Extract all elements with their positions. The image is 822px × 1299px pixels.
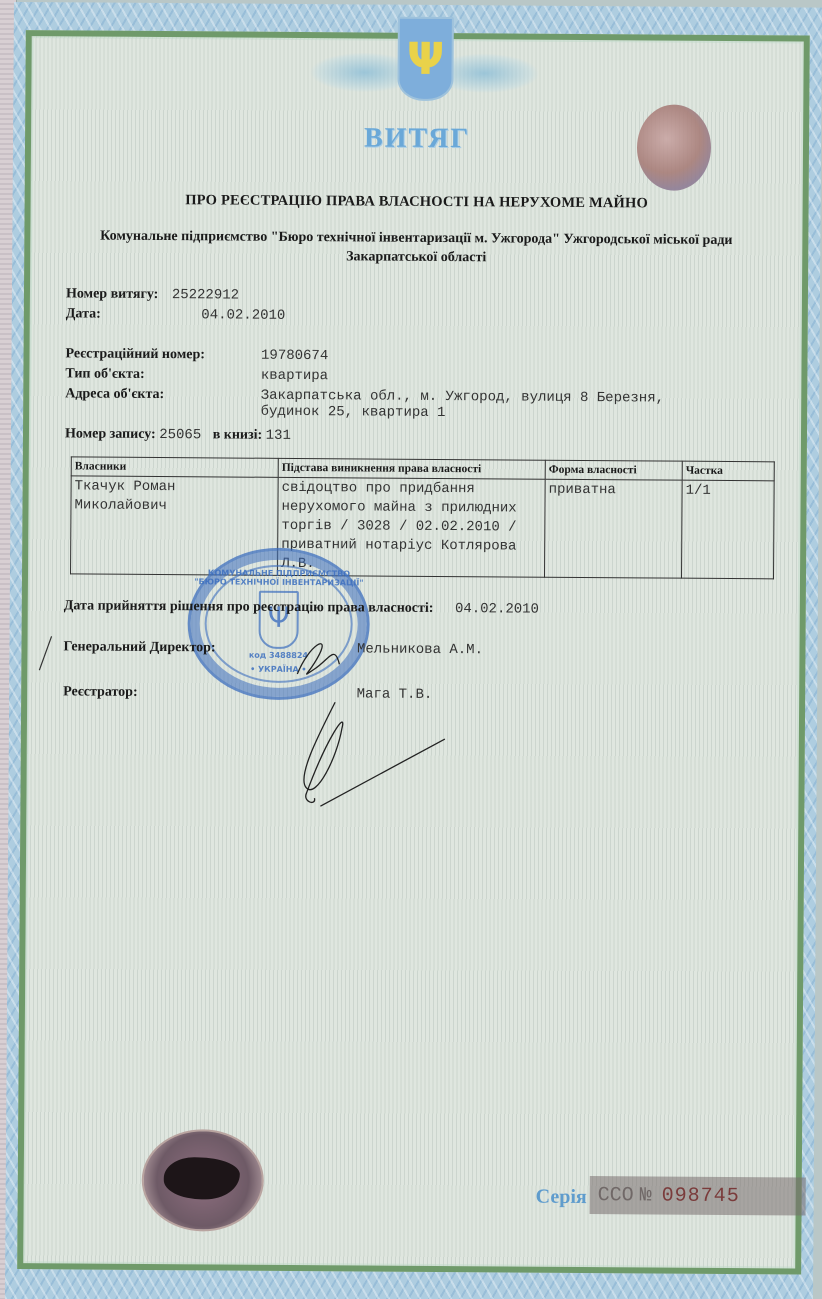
- address-label: Адреса об'єкта:: [65, 386, 257, 403]
- series-label: Серія: [536, 1186, 587, 1209]
- object-type-value: квартира: [261, 368, 328, 384]
- address-line-2: будинок 25, квартира 1: [261, 404, 664, 423]
- header-basis: Підстава виникнення права власності: [278, 458, 545, 479]
- tryzub-coat-of-arms-icon: Ψ: [397, 17, 454, 101]
- margin-mark-icon: [35, 634, 55, 674]
- hologram-seal-icon: [637, 104, 712, 191]
- director-signature-icon: [289, 634, 349, 684]
- date-value: 04.02.2010: [201, 307, 285, 324]
- ukraine-map-seal-icon: [141, 1129, 264, 1232]
- header-owners: Власники: [71, 457, 278, 477]
- certificate-frame: Ψ ВИТЯГ ПРО РЕЄСТРАЦІЮ ПРАВА ВЛАСНОСТІ Н…: [17, 30, 810, 1274]
- document-heading: ПРО РЕЄСТРАЦІЮ ПРАВА ВЛАСНОСТІ НА НЕРУХО…: [31, 191, 803, 213]
- issuing-organization: Комунальне підприємство "Бюро технічної …: [70, 226, 762, 269]
- header-share: Частка: [682, 461, 774, 481]
- director-name: Мельникова А.М.: [357, 641, 483, 658]
- series-code: ССО: [598, 1184, 634, 1207]
- stamp-text-top: КОМУНАЛЬНЕ ПІДПРИЄМСТВО "БЮРО ТЕХНІЧНОЇ …: [191, 568, 367, 587]
- series-number-box: ССО № 098745: [590, 1176, 806, 1216]
- series-number-sign: №: [640, 1184, 652, 1207]
- registration-number-value: 19780674: [261, 348, 328, 364]
- certificate-page: Ψ ВИТЯГ ПРО РЕЄСТРАЦІЮ ПРАВА ВЛАСНОСТІ Н…: [5, 2, 822, 1299]
- object-type-row: Тип об'єкта: квартира: [65, 366, 328, 384]
- decision-date-label: Дата прийняття рішення про реєстрацію пр…: [64, 598, 434, 616]
- header-ownership-form: Форма власності: [545, 460, 682, 480]
- book-label: в книзі:: [213, 427, 263, 442]
- record-number-value: 25065: [159, 427, 201, 443]
- registration-number-label: Реєстраційний номер:: [65, 346, 257, 363]
- extract-number-value: 25222912: [172, 287, 239, 303]
- cell-ownership-form: приватна: [544, 479, 682, 578]
- object-type-label: Тип об'єкта:: [65, 366, 257, 383]
- registration-number-row: Реєстраційний номер: 19780674: [65, 346, 328, 364]
- cell-share: 1/1: [681, 480, 774, 579]
- record-number-row: Номер запису: 25065 в книзі: 131: [65, 426, 291, 444]
- decision-date-row: Дата прийняття рішення про реєстрацію пр…: [64, 598, 539, 617]
- record-number-label: Номер запису:: [65, 426, 156, 442]
- emblem: Ψ: [309, 16, 540, 118]
- registrar-signature-icon: [276, 698, 457, 809]
- book-number-value: 131: [266, 428, 291, 444]
- extract-number-label: Номер витягу:: [66, 286, 158, 302]
- director-row: Генеральний Директор: Мельникова А.М.: [63, 639, 483, 658]
- decision-date-value: 04.02.2010: [455, 601, 539, 618]
- date-label: Дата:: [66, 306, 198, 323]
- table-row: Ткачук Роман Миколайович свідоцтво про п…: [71, 476, 775, 579]
- date-row: Дата: 04.02.2010: [66, 306, 286, 324]
- series-number: 098745: [662, 1184, 740, 1208]
- extract-number-row: Номер витягу: 25222912: [66, 286, 239, 303]
- certificate-body: Ψ ВИТЯГ ПРО РЕЄСТРАЦІЮ ПРАВА ВЛАСНОСТІ Н…: [23, 36, 804, 1268]
- owners-table: Власники Підстава виникнення права власн…: [70, 456, 775, 579]
- address-row: Адреса об'єкта: Закарпатська обл., м. Уж…: [65, 386, 664, 422]
